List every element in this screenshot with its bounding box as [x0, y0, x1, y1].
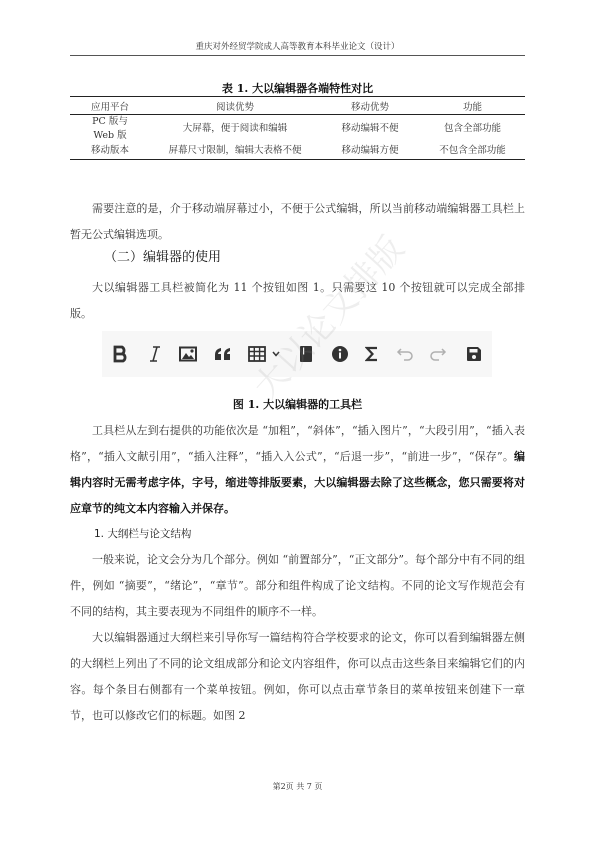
book-icon [299, 345, 313, 363]
table-cell: PC 版与 Web 版 [70, 115, 150, 144]
column-header: 应用平台 [70, 97, 150, 115]
document-page: 重庆对外经贸学院成人高等教育本科毕业论文（设计） 表 1. 大以编辑器各端特性对… [0, 0, 595, 842]
figure-caption: 图 1. 大以编辑器的工具栏 [70, 396, 525, 412]
save-button[interactable] [466, 344, 482, 364]
redo-button[interactable] [429, 344, 447, 364]
insert-image-button[interactable] [179, 344, 197, 364]
insert-note-button[interactable] [331, 344, 349, 364]
save-icon [466, 346, 482, 362]
paragraph-note: 需要注意的是，介于移动端屏幕过小，不便于公式编辑，所以当前移动端编辑器工具栏上暂… [70, 196, 525, 248]
sigma-icon [365, 346, 379, 362]
paragraph-intro: 大以编辑器工具栏被简化为 11 个按钮如图 1。只需要这 10 个按钮就可以完成… [70, 275, 525, 327]
table-cell: 大屏幕，便于阅读和编辑 [150, 115, 320, 144]
table-cell: 移动编辑不便 [320, 115, 420, 144]
italic-button[interactable] [148, 344, 162, 364]
paragraph-outline: 大以编辑器通过大纲栏来引导你写一篇结构符合学校要求的论文，你可以看到编辑器左侧的… [70, 625, 525, 729]
section-heading: （二）编辑器的使用 [104, 246, 221, 265]
table-header-row: 应用平台 阅读优势 移动优势 功能 [70, 97, 525, 115]
image-icon [179, 346, 197, 362]
table-caption: 表 1. 大以编辑器各端特性对比 [70, 80, 525, 96]
table-cell: 移动版本 [70, 143, 150, 160]
paragraph-structure: 一般来说，论文会分为几个部分。例如 “前置部分”，“正文部分”。每个部分中有不同… [70, 547, 525, 625]
bold-button[interactable] [113, 344, 129, 364]
table-cell: 包含全部功能 [420, 115, 525, 144]
undo-icon [396, 347, 414, 361]
table-icon [248, 346, 266, 362]
table-row: 移动版本 屏幕尺寸限制，编辑大表格不便 移动编辑方便 不包含全部功能 [70, 143, 525, 160]
chevron-down-icon[interactable] [271, 350, 281, 358]
column-header: 功能 [420, 97, 525, 115]
paragraph-toolbar-description: 工具栏从左到右提供的功能依次是 “加粗”，“斜体”，“插入图片”，“大段引用”，… [70, 418, 525, 522]
running-header: 重庆对外经贸学院成人高等教育本科毕业论文（设计） [70, 40, 525, 52]
table-row: PC 版与 Web 版 大屏幕，便于阅读和编辑 移动编辑不便 包含全部功能 [70, 115, 525, 144]
undo-button[interactable] [396, 344, 414, 364]
table-cell: 移动编辑方便 [320, 143, 420, 160]
sub-heading: 1. 大纲栏与论文结构 [94, 526, 191, 541]
toolbar-description-text: 工具栏从左到右提供的功能依次是 “加粗”，“斜体”，“插入图片”，“大段引用”，… [70, 424, 525, 463]
table-cell: 不包含全部功能 [420, 143, 525, 160]
comparison-table: 应用平台 阅读优势 移动优势 功能 PC 版与 Web 版 大屏幕，便于阅读和编… [70, 96, 525, 160]
bold-icon [113, 345, 129, 363]
header-rule [70, 55, 525, 56]
insert-formula-button[interactable] [365, 344, 379, 364]
redo-icon [429, 347, 447, 361]
editor-toolbar-figure [102, 331, 492, 377]
column-header: 移动优势 [320, 97, 420, 115]
quote-icon [214, 347, 232, 361]
info-icon [331, 345, 349, 363]
insert-table-button[interactable] [248, 344, 281, 364]
italic-icon [148, 345, 162, 363]
blockquote-button[interactable] [214, 344, 232, 364]
column-header: 阅读优势 [150, 97, 320, 115]
page-footer: 第2页 共 7 页 [70, 781, 525, 792]
insert-citation-button[interactable] [299, 344, 313, 364]
table-cell: 屏幕尺寸限制，编辑大表格不便 [150, 143, 320, 160]
